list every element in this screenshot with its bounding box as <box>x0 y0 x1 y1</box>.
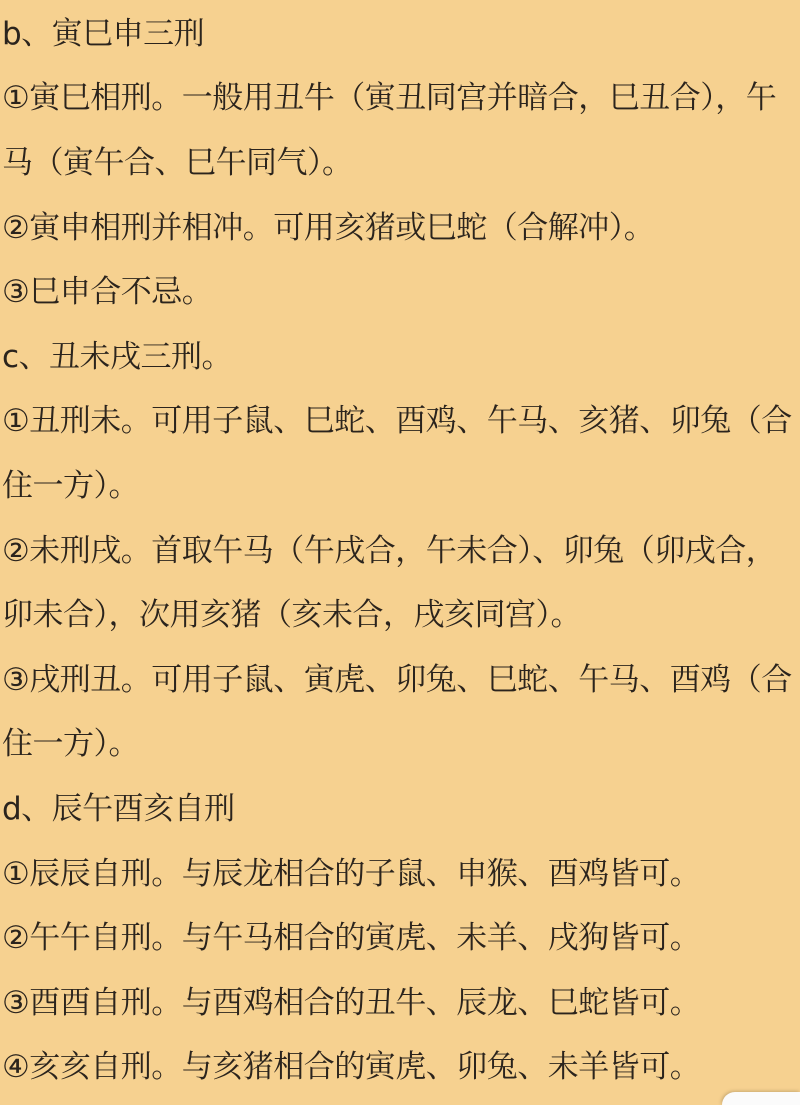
text-line: ③酉酉自刑。与酉鸡相合的丑牛、辰龙、巳蛇皆可。 <box>2 967 800 1032</box>
text-line: ②未刑戌。首取午马（午戌合，午未合）、卯兔（卯戌合， <box>2 515 800 580</box>
text-line: ①寅巳相刑。一般用丑牛（寅丑同宫并暗合，巳丑合），午 <box>2 63 800 128</box>
text-line: ③戌刑丑。可用子鼠、寅虎、卯兔、巳蛇、午马、酉鸡（合 <box>2 644 800 709</box>
text-line: 住一方）。 <box>2 709 800 774</box>
text-line: ①辰辰自刑。与辰龙相合的子鼠、申猴、酉鸡皆可。 <box>2 838 800 903</box>
text-line: ①丑刑未。可用子鼠、巳蛇、酉鸡、午马、亥猪、卯兔（合 <box>2 386 800 451</box>
section-heading-b: b、寅巳申三刑 <box>2 0 800 63</box>
text-line: 马（寅午合、巳午同气）。 <box>2 127 800 192</box>
text-line: 卯未合），次用亥猪（亥未合，戌亥同宫）。 <box>2 579 800 644</box>
section-heading-c: c、丑未戌三刑。 <box>2 321 800 386</box>
document-page: b、寅巳申三刑 ①寅巳相刑。一般用丑牛（寅丑同宫并暗合，巳丑合），午 马（寅午合… <box>0 0 800 1105</box>
text-line: ②午午自刑。与午马相合的寅虎、未羊、戌狗皆可。 <box>2 902 800 967</box>
text-line: ④亥亥自刑。与亥猪相合的寅虎、卯兔、未羊皆可。 <box>2 1032 800 1097</box>
text-line: 住一方）。 <box>2 450 800 515</box>
text-block: b、寅巳申三刑 ①寅巳相刑。一般用丑牛（寅丑同宫并暗合，巳丑合），午 马（寅午合… <box>2 0 800 1096</box>
text-line: ②寅申相刑并相冲。可用亥猪或巳蛇（合解冲）。 <box>2 192 800 257</box>
card-corner-peek <box>722 1092 800 1105</box>
section-heading-d: d、辰午酉亥自刑 <box>2 773 800 838</box>
text-line: ③巳申合不忌。 <box>2 256 800 321</box>
